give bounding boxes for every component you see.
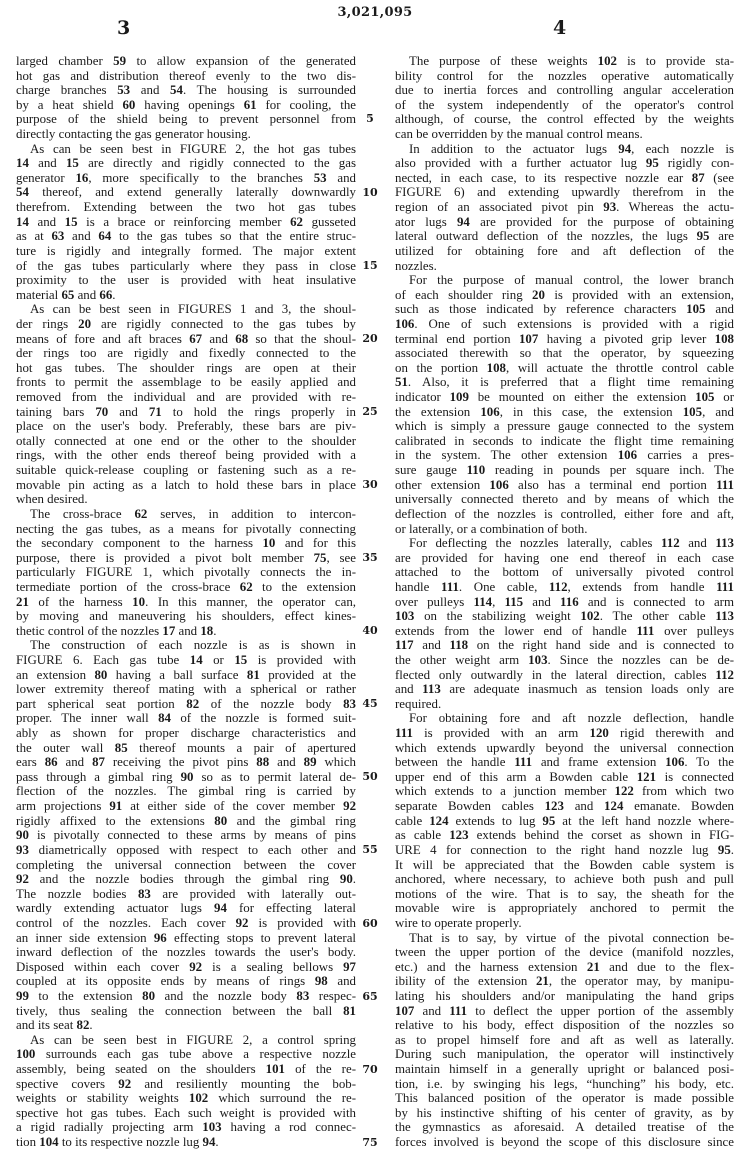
- line-number: 45: [358, 697, 382, 712]
- reference-numeral: 21: [16, 595, 29, 609]
- reference-numeral: 95: [697, 229, 710, 243]
- text-line: ture is rigidly and integrally formed. T…: [16, 244, 356, 259]
- text-line: maintain himself in a generally upright …: [395, 1062, 734, 1077]
- text-line: calibrated in seconds to indicate the fl…: [395, 434, 734, 449]
- reference-numeral: 103: [528, 653, 547, 667]
- text-line: between the handle 111 and frame extensi…: [395, 755, 734, 770]
- reference-numeral: 100: [16, 1047, 35, 1061]
- line-number: 30: [358, 478, 382, 493]
- line-number: 25: [358, 405, 382, 420]
- reference-numeral: 110: [467, 463, 486, 477]
- text-line: by his instinctive shifting of his cente…: [395, 1106, 734, 1121]
- reference-numeral: 94: [618, 142, 631, 156]
- reference-numeral: 123: [449, 828, 468, 842]
- reference-numeral: 112: [549, 580, 568, 594]
- reference-numeral: 94: [214, 901, 227, 915]
- text-line: of the gas tubes particularly where they…: [16, 259, 356, 274]
- reference-numeral: 112: [661, 536, 680, 550]
- text-line: when desired.: [16, 492, 356, 507]
- reference-numeral: 16: [75, 171, 88, 185]
- text-line: motions of the wire. That is to say, the…: [395, 887, 734, 902]
- text-line: taining bars 70 and 71 to hold the rings…: [16, 405, 356, 420]
- reference-numeral: 17: [162, 624, 175, 638]
- reference-numeral: 96: [154, 931, 167, 945]
- reference-numeral: 81: [343, 1004, 356, 1018]
- reference-numeral: 112: [715, 668, 734, 682]
- reference-numeral: 94: [457, 215, 470, 229]
- right-text-column: The purpose of these weights 102 is to p…: [395, 54, 734, 1150]
- text-line: other extension 106 also has a terminal …: [395, 478, 734, 493]
- reference-numeral: 54: [16, 185, 29, 199]
- text-line: region of an associated pivot pin 93. Wh…: [395, 200, 734, 215]
- text-line: as to propel himself fore and aft as wel…: [395, 1033, 734, 1048]
- text-line: by moving and maneuvering his shoulders,…: [16, 609, 356, 624]
- text-line: 100 surrounds each gas tube above a resp…: [16, 1047, 356, 1062]
- reference-numeral: 113: [715, 609, 734, 623]
- text-line: flected only outwardly in the lateral di…: [395, 668, 734, 683]
- text-line: der rings 20 are rigidly connected to th…: [16, 317, 356, 332]
- line-number: 55: [358, 843, 382, 858]
- reference-numeral: 51: [395, 375, 408, 389]
- reference-numeral: 93: [16, 843, 29, 857]
- text-line: That is to say, by virtue of the pivotal…: [395, 931, 734, 946]
- text-line: nozzles.: [395, 259, 734, 274]
- reference-numeral: 92: [16, 872, 29, 886]
- text-line: the secondary component to the harness 1…: [16, 536, 356, 551]
- reference-numeral: 10: [132, 595, 145, 609]
- text-line: forces involved is beyond the scope of t…: [395, 1135, 734, 1150]
- text-line: can be overridden by the manual control …: [395, 127, 734, 142]
- text-line: an inner side extension 96 effecting sto…: [16, 931, 356, 946]
- text-line: also provided with a further actuator lu…: [395, 156, 734, 171]
- text-line: and its seat 82.: [16, 1018, 356, 1033]
- reference-numeral: 115: [504, 595, 523, 609]
- text-line: pass through a gimbal ring 90 so as to p…: [16, 770, 356, 785]
- reference-numeral: 92: [236, 916, 249, 930]
- text-line: completing the universal connection betw…: [16, 858, 356, 873]
- text-line: material 65 and 66.: [16, 288, 356, 303]
- reference-numeral: 54: [170, 83, 183, 97]
- reference-numeral: 91: [109, 799, 122, 813]
- text-line: tively, thus sealing the connection betw…: [16, 1004, 356, 1019]
- reference-numeral: 62: [290, 215, 303, 229]
- text-line: by a heat shield 60 having openings 61 f…: [16, 98, 356, 113]
- line-number: 35: [358, 551, 382, 566]
- text-line: This balanced position of the operator i…: [395, 1091, 734, 1106]
- text-line: 14 and 15 is a brace or reinforcing memb…: [16, 215, 356, 230]
- text-line: arm projections 91 at either side of the…: [16, 799, 356, 814]
- reference-numeral: 111: [449, 1004, 467, 1018]
- text-line: The nozzle bodies 83 are provided with l…: [16, 887, 356, 902]
- text-line: otally connected at one end or the other…: [16, 434, 356, 449]
- reference-numeral: 111: [716, 580, 734, 594]
- reference-numeral: 61: [244, 98, 257, 112]
- reference-numeral: 105: [683, 405, 702, 419]
- line-number: 70: [358, 1063, 382, 1078]
- reference-numeral: 107: [395, 1004, 414, 1018]
- reference-numeral: 118: [449, 638, 468, 652]
- text-line: are provided for having one end thereof …: [395, 551, 734, 566]
- text-line: associated therewith so that the operato…: [395, 346, 734, 361]
- text-line: For deflecting the nozzles laterally, ca…: [395, 536, 734, 551]
- reference-numeral: 14: [16, 215, 29, 229]
- text-line: which extends upwardly beyond the univer…: [395, 741, 734, 756]
- reference-numeral: 18: [200, 624, 213, 638]
- reference-numeral: 124: [429, 814, 448, 828]
- text-line: of each shoulder ring 20 is provided wit…: [395, 288, 734, 303]
- reference-numeral: 60: [122, 98, 135, 112]
- text-line: coupled at its opposite ends by means of…: [16, 974, 356, 989]
- reference-numeral: 70: [95, 405, 108, 419]
- reference-numeral: 111: [514, 755, 532, 769]
- reference-numeral: 66: [99, 288, 112, 302]
- text-line: generator 16, more specifically to the b…: [16, 171, 356, 186]
- text-line: thetic control of the nozzles 17 and 18.: [16, 624, 356, 639]
- reference-numeral: 75: [314, 551, 327, 565]
- reference-numeral: 87: [692, 171, 705, 185]
- text-line: ably as shown for proper discharge chara…: [16, 726, 356, 741]
- text-line: movable wire is appropriately anchored t…: [395, 901, 734, 916]
- reference-numeral: 84: [158, 711, 171, 725]
- text-line: hot gas and distribution thereof evenly …: [16, 69, 356, 84]
- reference-numeral: 53: [314, 171, 327, 185]
- reference-numeral: 120: [590, 726, 609, 740]
- text-line: tion 104 to its respective nozzle lug 94…: [16, 1135, 356, 1150]
- text-line: extends from the lower end of handle 111…: [395, 624, 734, 639]
- text-line: the other weight arm 103. Since the nozz…: [395, 653, 734, 668]
- text-line: rigidly affixed to the extensions 80 and…: [16, 814, 356, 829]
- text-line: purpose, there is provided a pivot bolt …: [16, 551, 356, 566]
- line-number: 75: [358, 1136, 382, 1151]
- text-line: proper. The inner wall 84 of the nozzle …: [16, 711, 356, 726]
- text-line: 93 diametrically opposed with respect to…: [16, 843, 356, 858]
- text-line: relative to his body, effect disposition…: [395, 1018, 734, 1033]
- text-line: cable 124 extends to lug 95 at the left …: [395, 814, 734, 829]
- text-line: attached to the bottom of universally pi…: [395, 565, 734, 580]
- reference-numeral: 106: [665, 755, 684, 769]
- text-line: which extends to a junction member 122 f…: [395, 784, 734, 799]
- line-number: 5: [358, 112, 382, 127]
- reference-numeral: 90: [340, 872, 353, 886]
- reference-numeral: 104: [39, 1135, 58, 1149]
- reference-numeral: 95: [718, 843, 731, 857]
- reference-numeral: 10: [262, 536, 275, 550]
- text-line: proximity to the user is provided with h…: [16, 273, 356, 288]
- reference-numeral: 71: [149, 405, 162, 419]
- reference-numeral: 103: [395, 609, 414, 623]
- text-line: handle 111. One cable, 112, extends from…: [395, 580, 734, 595]
- reference-numeral: 122: [615, 784, 634, 798]
- text-line: lateral outward deflection of the nozzle…: [395, 229, 734, 244]
- text-line: It will be appreciated that the Bowden c…: [395, 858, 734, 873]
- text-line: hot gas tubes. The shoulder rings are op…: [16, 361, 356, 376]
- text-line: control of the nozzles. Each cover 92 is…: [16, 916, 356, 931]
- reference-numeral: 111: [441, 580, 459, 594]
- text-line: assembly, being seated on the shoulders …: [16, 1062, 356, 1077]
- reference-numeral: 14: [16, 156, 29, 170]
- reference-numeral: 67: [189, 332, 202, 346]
- reference-numeral: 102: [598, 54, 617, 68]
- reference-numeral: 83: [138, 887, 151, 901]
- text-line: 117 and 118 on the right hand side and i…: [395, 638, 734, 653]
- text-line: such as those indicated by reference cha…: [395, 302, 734, 317]
- text-line: as at 63 and 64 to the gas tubes so that…: [16, 229, 356, 244]
- text-line: Disposed within each cover 92 is a seali…: [16, 960, 356, 975]
- text-line: movable pin acting as a latch to hold th…: [16, 478, 356, 493]
- line-number: 20: [358, 332, 382, 347]
- text-line: deflection of the nozzles is controlled,…: [395, 507, 734, 522]
- reference-numeral: 62: [240, 580, 253, 594]
- text-line: etc.) and the harness extension 21 and d…: [395, 960, 734, 975]
- reference-numeral: 65: [61, 288, 74, 302]
- reference-numeral: 80: [214, 814, 227, 828]
- reference-numeral: 106: [480, 405, 499, 419]
- reference-numeral: 53: [117, 83, 130, 97]
- text-line: sure gauge 110 reading in pounds per squ…: [395, 463, 734, 478]
- text-line: removed from the individual and are prov…: [16, 390, 356, 405]
- text-line: 107 and 111 to deflect the upper portion…: [395, 1004, 734, 1019]
- reference-numeral: 102: [189, 1091, 208, 1105]
- reference-numeral: 92: [118, 1077, 131, 1091]
- line-number: 40: [358, 624, 382, 639]
- text-line: For the purpose of manual control, the l…: [395, 273, 734, 288]
- text-line: means of fore and aft braces 67 and 68 s…: [16, 332, 356, 347]
- reference-numeral: 82: [77, 1018, 90, 1032]
- text-line: ator lugs 94 are provided for the purpos…: [395, 215, 734, 230]
- text-line: separate Bowden cables 123 and 124 emana…: [395, 799, 734, 814]
- text-line: bility control for the nozzles operative…: [395, 69, 734, 84]
- reference-numeral: 95: [542, 814, 555, 828]
- text-line: larged chamber 59 to allow expansion of …: [16, 54, 356, 69]
- reference-numeral: 101: [266, 1062, 285, 1076]
- text-line: rings, with the other ends thereof being…: [16, 448, 356, 463]
- text-line: inward deflection of the nozzles towards…: [16, 945, 356, 960]
- reference-numeral: 86: [45, 755, 58, 769]
- text-line: which is simply a pressure gauge connect…: [395, 419, 734, 434]
- reference-numeral: 15: [65, 215, 78, 229]
- text-line: FIGURE 6. Each gas tube 14 or 15 is prov…: [16, 653, 356, 668]
- reference-numeral: 121: [637, 770, 656, 784]
- reference-numeral: 21: [587, 960, 600, 974]
- text-line: the extension 106, in this case, the ext…: [395, 405, 734, 420]
- reference-numeral: 83: [296, 989, 309, 1003]
- text-line: lower extremity thereof mating with a sp…: [16, 682, 356, 697]
- reference-numeral: 106: [618, 448, 637, 462]
- text-line: As can be seen best in FIGURE 2, the hot…: [16, 142, 356, 157]
- reference-numeral: 92: [343, 799, 356, 813]
- text-line: 99 to the extension 80 and the nozzle bo…: [16, 989, 356, 1004]
- text-line: particularly FIGURE 1, which pivotally c…: [16, 565, 356, 580]
- reference-numeral: 114: [473, 595, 492, 609]
- reference-numeral: 98: [315, 974, 328, 988]
- text-line: During such manipulation, the operator w…: [395, 1047, 734, 1062]
- reference-numeral: 103: [202, 1120, 221, 1134]
- text-line: fronts to permit the assemblage to be ea…: [16, 375, 356, 390]
- reference-numeral: 97: [343, 960, 356, 974]
- reference-numeral: 111: [636, 624, 654, 638]
- reference-numeral: 92: [189, 960, 202, 974]
- text-line: wardly extending actuator lugs 94 for ef…: [16, 901, 356, 916]
- text-line: 51. Also, it is preferred that a flight …: [395, 375, 734, 390]
- text-line: directly contacting the gas generator ho…: [16, 127, 356, 142]
- reference-numeral: 62: [134, 507, 147, 521]
- text-line: The cross-brace 62 serves, in addition t…: [16, 507, 356, 522]
- reference-numeral: 15: [66, 156, 79, 170]
- text-line: part spherical seat portion 82 of the no…: [16, 697, 356, 712]
- reference-numeral: 106: [489, 478, 508, 492]
- text-line: due to inertia forces and controlling an…: [395, 83, 734, 98]
- text-line: The construction of each nozzle is as is…: [16, 638, 356, 653]
- line-number: 15: [358, 259, 382, 274]
- reference-numeral: 106: [395, 317, 414, 331]
- text-line: a rigid radially projecting arm 103 havi…: [16, 1120, 356, 1135]
- text-line: over pulleys 114, 115 and 116 and is con…: [395, 595, 734, 610]
- text-line: URE 4 for connection to the right hand n…: [395, 843, 734, 858]
- text-line: As can be seen best in FIGURE 2, a contr…: [16, 1033, 356, 1048]
- text-line: The purpose of these weights 102 is to p…: [395, 54, 734, 69]
- reference-numeral: 108: [715, 332, 734, 346]
- reference-numeral: 102: [580, 609, 599, 623]
- reference-numeral: 68: [235, 332, 248, 346]
- text-line: the outer wall 85 thereof mounts a pair …: [16, 741, 356, 756]
- reference-numeral: 108: [487, 361, 506, 375]
- reference-numeral: 124: [604, 799, 623, 813]
- text-line: anchored, where necessary, to achieve bo…: [395, 872, 734, 887]
- reference-numeral: 99: [16, 989, 29, 1003]
- text-line: indicator 109 be mounted on either the e…: [395, 390, 734, 405]
- text-line: spective covers 92 and resiliently mount…: [16, 1077, 356, 1092]
- column-number-right: 4: [553, 17, 566, 39]
- text-line: 92 and the nozzle bodies through the gim…: [16, 872, 356, 887]
- text-line: weights or stability weights 102 which s…: [16, 1091, 356, 1106]
- reference-numeral: 90: [16, 828, 29, 842]
- reference-numeral: 113: [422, 682, 441, 696]
- text-line: on the portion 108, will actuate the thr…: [395, 361, 734, 376]
- text-line: In addition to the actuator lugs 94, eac…: [395, 142, 734, 157]
- text-line: 14 and 15 are directly and rigidly conne…: [16, 156, 356, 171]
- reference-numeral: 87: [92, 755, 105, 769]
- text-line: upper end of this arm a Bowden cable 121…: [395, 770, 734, 785]
- reference-numeral: 123: [545, 799, 564, 813]
- text-line: required.: [395, 697, 734, 712]
- text-line: universally connected thereto and by mea…: [395, 492, 734, 507]
- reference-numeral: 93: [603, 200, 616, 214]
- text-line: an extension 80 having a ball surface 81…: [16, 668, 356, 683]
- reference-numeral: 90: [181, 770, 194, 784]
- line-number-gutter: 51015202530354045505560657075: [358, 54, 388, 1164]
- reference-numeral: 81: [247, 668, 260, 682]
- text-line: For obtaining fore and aft nozzle deflec…: [395, 711, 734, 726]
- reference-numeral: 14: [190, 653, 203, 667]
- text-line: lating his shoulders and/or manipulating…: [395, 989, 734, 1004]
- text-line: 103 on the stabilizing weight 102. The o…: [395, 609, 734, 624]
- reference-numeral: 80: [94, 668, 107, 682]
- reference-numeral: 109: [450, 390, 469, 404]
- reference-numeral: 15: [234, 653, 247, 667]
- text-line: termediate portion of the cross-brace 62…: [16, 580, 356, 595]
- text-line: although, of course, the control effecte…: [395, 112, 734, 127]
- text-line: 111 is provided with an arm 120 rigid th…: [395, 726, 734, 741]
- text-line: tween the upper portion of the device (m…: [395, 945, 734, 960]
- text-line: purpose of the shield being to prevent p…: [16, 112, 356, 127]
- reference-numeral: 111: [716, 478, 734, 492]
- text-line: charge branches 53 and 54. The housing i…: [16, 83, 356, 98]
- reference-numeral: 111: [395, 726, 413, 740]
- text-line: ears 86 and 87 receiving the pivot pins …: [16, 755, 356, 770]
- line-number: 10: [358, 186, 382, 201]
- reference-numeral: 20: [532, 288, 545, 302]
- text-line: therefrom. Extending between the two hot…: [16, 200, 356, 215]
- reference-numeral: 113: [715, 536, 734, 550]
- reference-numeral: 94: [203, 1135, 216, 1149]
- text-line: in the system. The other extension 106 c…: [395, 448, 734, 463]
- text-line: terminal end portion 107 having a pivote…: [395, 332, 734, 347]
- left-text-column: larged chamber 59 to allow expansion of …: [16, 54, 356, 1150]
- reference-numeral: 82: [186, 697, 199, 711]
- text-line: and 113 are adequate inasmuch as tension…: [395, 682, 734, 697]
- text-line: tion, i.e. by swinging his legs, “hunchi…: [395, 1077, 734, 1092]
- text-line: of the system independently of the opera…: [395, 98, 734, 113]
- column-number-left: 3: [117, 17, 130, 39]
- text-line: nected, in each case, to its respective …: [395, 171, 734, 186]
- text-line: flection of the nozzles. The gimbal ring…: [16, 784, 356, 799]
- line-number: 65: [358, 990, 382, 1005]
- text-line: place on the user's body. Preferably, th…: [16, 419, 356, 434]
- text-line: suitable quick-release coupling or faste…: [16, 463, 356, 478]
- text-line: or laterally, or a combination of both.: [395, 522, 734, 537]
- text-line: 21 of the harness 10. In this manner, th…: [16, 595, 356, 610]
- reference-numeral: 88: [256, 755, 269, 769]
- text-line: 54 thereof, and extend generally lateral…: [16, 185, 356, 200]
- reference-numeral: 21: [536, 974, 549, 988]
- text-line: ibility of the extension 21, the operato…: [395, 974, 734, 989]
- reference-numeral: 105: [695, 390, 714, 404]
- text-line: der rings too are rigidly and fixedly co…: [16, 346, 356, 361]
- reference-numeral: 20: [78, 317, 91, 331]
- text-line: utilized for obtaining fore and aft defl…: [395, 244, 734, 259]
- reference-numeral: 116: [560, 595, 579, 609]
- reference-numeral: 117: [395, 638, 414, 652]
- line-number: 50: [358, 770, 382, 785]
- text-line: FIGURE 6) and extending upwardly therefr…: [395, 185, 734, 200]
- text-line: the gymnastics as aforesaid. A detailed …: [395, 1120, 734, 1135]
- text-line: as cable 123 extends behind the corset a…: [395, 828, 734, 843]
- reference-numeral: 105: [686, 302, 705, 316]
- text-line: wire to operate properly.: [395, 916, 734, 931]
- reference-numeral: 59: [113, 54, 126, 68]
- reference-numeral: 95: [646, 156, 659, 170]
- text-line: As can be best seen in FIGURES 1 and 3, …: [16, 302, 356, 317]
- line-number: 60: [358, 917, 382, 932]
- text-line: 90 is pivotally connected to these arms …: [16, 828, 356, 843]
- reference-numeral: 63: [51, 229, 64, 243]
- reference-numeral: 85: [115, 741, 128, 755]
- text-line: spective hot gas tubes. Each such weight…: [16, 1106, 356, 1121]
- reference-numeral: 83: [343, 697, 356, 711]
- patent-number: 3,021,095: [0, 5, 750, 20]
- reference-numeral: 64: [98, 229, 111, 243]
- reference-numeral: 89: [304, 755, 317, 769]
- text-line: necting the gas tubes, as a means for pi…: [16, 522, 356, 537]
- text-line: 106. One of such extensions is provided …: [395, 317, 734, 332]
- reference-numeral: 107: [519, 332, 538, 346]
- reference-numeral: 80: [142, 989, 155, 1003]
